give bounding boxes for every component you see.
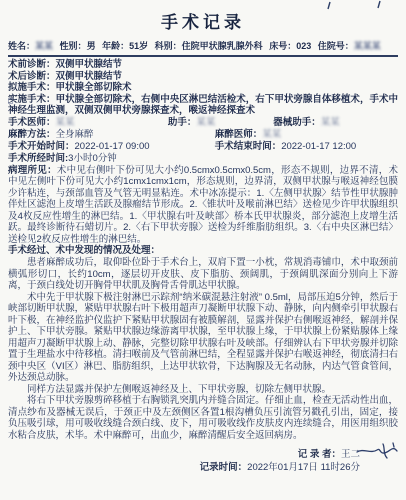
postop-diagnosis-line: 术后诊断：双侧甲状腺结节 <box>8 71 398 83</box>
performed-operation-label: 实施手术： <box>8 94 56 105</box>
patient-admission-label: 住院号： <box>318 41 354 51</box>
preop-diagnosis-label: 术前诊断： <box>8 59 56 70</box>
patient-dept-label: 科别： <box>155 41 182 51</box>
procedure-section-header: 手术经过、术中发现的情况及处理： <box>8 245 398 257</box>
duration-line: 手术所经时间:3小时0分钟 <box>8 153 398 165</box>
anesthesia-method-label: 麻醉方法： <box>8 129 56 140</box>
preop-diagnosis-line: 术前诊断：双侧甲状腺结节 <box>8 59 398 71</box>
duration-value: 3小时0分钟 <box>68 153 117 164</box>
anesthesia-method-value: 全身麻醉 <box>56 129 94 140</box>
procedure-paragraph-2: 术中先于甲状腺下极注射淋巴示踪剂“纳米碳混悬注射液” 0.5ml，局部压迫5分钟… <box>8 292 398 384</box>
patient-bed-value: 023 <box>296 41 311 51</box>
surgeon-value: 某某 <box>56 117 75 128</box>
postop-diagnosis-label: 术后诊断： <box>8 71 56 82</box>
patient-info-line: 姓名：某某 性别：男 年龄：51岁 科别：住院甲状腺乳腺外科 床号：023 住院… <box>8 39 398 57</box>
record-time-label: 记录时间： <box>200 462 248 473</box>
assistant-value: 某某 <box>196 117 215 128</box>
instrument-assistant-value: 某某 <box>321 117 340 128</box>
performed-operation-line: 实施手术：甲状腺全部切除术，右侧中央区淋巴结活检术，右下甲状旁腺自体移植术，手术… <box>8 94 398 117</box>
procedure-paragraph-4: 将右下甲状旁腺剪碎移植于右胸锁乳突肌内并缝合固定。仔细止血，检查无活动性出血，清… <box>8 395 398 441</box>
recorder-line: 记 录 者：王二 <box>8 448 360 461</box>
end-time-label: 手术结束时间： <box>215 141 282 152</box>
end-time-value: 2022-01-17 12:00 <box>281 141 356 152</box>
postop-diagnosis-value: 双侧甲状腺结节 <box>56 71 123 82</box>
record-footer: 记 录 者：王二 记录时间：2022年01月17日 11时26分 <box>8 448 360 474</box>
patient-admission-value: 某某某 <box>354 41 381 51</box>
assistant-label: 助手： <box>168 117 197 128</box>
preop-diagnosis-value: 双侧甲状腺结节 <box>56 59 123 70</box>
scan-artifact-square <box>8 98 13 104</box>
start-time-value: 2022-01-17 09:00 <box>75 141 150 152</box>
pathology-label: 病理所见： <box>8 165 57 176</box>
planned-operation-label: 拟施手术： <box>8 82 56 93</box>
surgery-record-document: 手术记录 姓名：某某 性别：男 年龄：51岁 科别：住院甲状腺乳腺外科 床号：0… <box>0 0 406 474</box>
anesthesia-row: 麻醉方法：全身麻醉 麻醉医师：某某 <box>8 129 398 141</box>
recorder-signature-scribble <box>353 440 405 462</box>
patient-name-value: 某某 <box>35 41 53 51</box>
performed-operation-value: 甲状腺全部切除术，右侧中央区淋巴结活检术，右下甲状旁腺自体移植术，手术中神经生理… <box>8 94 398 117</box>
procedure-paragraph-1: 患者麻醉成功后，取仰卧位卧于手术台上，双肩下置一小枕，常规消毒铺巾，术中取颈前横… <box>8 257 398 292</box>
pathology-text: 术中见右侧叶下份可见大小约0.5cmx0.5cmx0.5cm，形态不规则，边界不… <box>8 165 398 245</box>
recorder-label: 记 录 者： <box>298 449 341 460</box>
duration-label: 手术所经时间: <box>8 153 68 164</box>
planned-operation-line: 拟施手术：甲状腺全部切除术 <box>8 82 398 94</box>
patient-age-label: 年龄： <box>102 41 129 51</box>
start-time-label: 手术开始时间： <box>8 141 75 152</box>
patient-name-label: 姓名： <box>8 41 35 51</box>
record-time-value: 2022年01月17日 11时26分 <box>247 462 360 473</box>
patient-bed-label: 床号： <box>269 41 296 51</box>
operation-times-row: 手术开始时间：2022-01-17 09:00 手术结束时间：2022-01-1… <box>8 141 398 153</box>
procedure-paragraph-3: 同样方法显露并保护左侧喉返神经及上、下甲状旁腺，切除左侧甲状腺。 <box>8 384 398 396</box>
anesthesiologist-label: 麻醉医师： <box>215 129 263 140</box>
patient-sex-value: 男 <box>87 41 96 51</box>
instrument-assistant-label: 器械助手： <box>273 117 321 128</box>
surgeon-label: 手术医师： <box>8 117 56 128</box>
stray-pen-marks <box>318 0 388 12</box>
patient-sex-label: 性别： <box>60 41 87 51</box>
anesthesiologist-value: 某某 <box>262 129 281 140</box>
record-time-line: 记录时间：2022年01月17日 11时26分 <box>8 461 360 474</box>
surgical-staff-row: 手术医师：某某 助手：某某 器械助手：某某 <box>8 117 398 129</box>
patient-dept-value: 住院甲状腺乳腺外科 <box>182 41 263 51</box>
patient-age-value: 51岁 <box>129 41 148 51</box>
pathology-findings-paragraph: 病理所见：术中见右侧叶下份可见大小约0.5cmx0.5cmx0.5cm，形态不规… <box>8 165 398 246</box>
planned-operation-value: 甲状腺全部切除术 <box>56 82 132 93</box>
